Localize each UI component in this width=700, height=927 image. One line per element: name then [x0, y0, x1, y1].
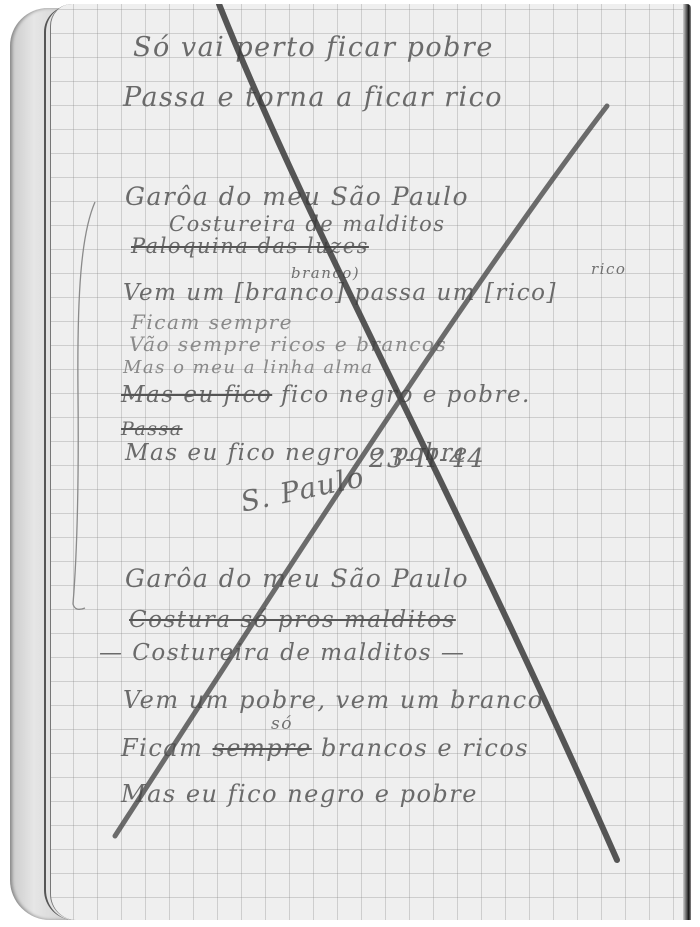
- notebook-page: Só vai perto ficar pobre Passa e torna a…: [50, 4, 691, 920]
- notebook-spine: [683, 4, 691, 920]
- stanza2-insert-rico: rico: [591, 260, 626, 278]
- stanza3-line2-struck: Costura só pros malditos: [129, 607, 456, 633]
- stanza2-line1: Garôa do meu São Paulo: [125, 182, 469, 211]
- stanza2-line8-rest: fico negro e pobre.: [281, 382, 531, 408]
- stanza3-line5-start: Ficam: [121, 734, 203, 762]
- stanza2-line4: Vem um [branco] passa um [rico]: [123, 280, 557, 306]
- stanza1-line1: Só vai perto ficar pobre: [133, 32, 494, 63]
- stanza3-line5-rest: brancos e ricos: [321, 734, 529, 762]
- stanza3-line3: — Costureira de malditos —: [99, 640, 465, 666]
- stanza3-line1: Garôa do meu São Paulo: [125, 564, 469, 593]
- stanza3-insert-so: só: [271, 714, 293, 734]
- stanza2-line9-struck: Passa: [121, 418, 183, 440]
- stanza2-line3-struck: Paloquina das luzes: [131, 234, 369, 258]
- signature-date: 23-II-44: [369, 444, 485, 474]
- stanza3-line4: Vem um pobre, vem um branco: [123, 686, 544, 714]
- stanza3-line5: Ficam sempre brancos e ricos: [121, 734, 529, 762]
- signature-place: S. Paulo: [238, 460, 368, 518]
- stanza3-line6: Mas eu fico negro e pobre: [121, 780, 478, 808]
- stanza3-line5-struck: sempre: [212, 734, 311, 762]
- stanza2-line5: Ficam sempre: [131, 310, 293, 334]
- stanza2-line2-insert: Costureira de malditos: [169, 212, 446, 236]
- margin-bracket: [65, 194, 105, 624]
- stanza2-line7: Mas o meu a linha alma: [123, 357, 374, 378]
- stanza2-line8-struck: Mas eu fico: [121, 382, 272, 408]
- stanza1-line2: Passa e torna a ficar rico: [123, 82, 503, 113]
- stanza2-line6: Vão sempre ricos e brancos: [129, 332, 447, 356]
- stanza2-line8: Mas eu fico fico negro e pobre.: [121, 382, 531, 408]
